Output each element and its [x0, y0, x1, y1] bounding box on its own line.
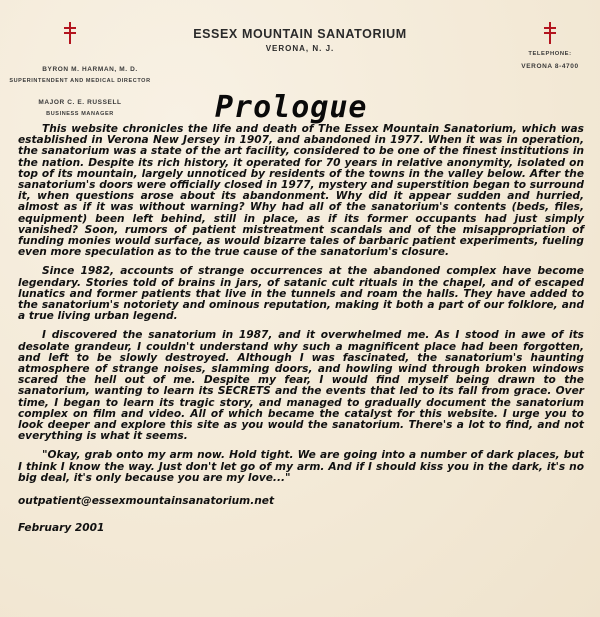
telephone-label: TELEPHONE: [510, 51, 590, 57]
staff-title: BUSINESS MANAGER [25, 111, 135, 117]
telephone-number: VERONA 8-4700 [505, 63, 595, 70]
staff-title: SUPERINTENDENT AND MEDICAL DIRECTOR [0, 78, 160, 84]
prologue-body: This website chronicles the life and dea… [18, 124, 584, 551]
date: February 2001 [18, 523, 584, 534]
page-title: Prologue [215, 90, 368, 125]
paragraph: I discovered the sanatorium in 1987, and… [18, 330, 584, 442]
staff-name: MAJOR C. E. RUSSELL [25, 99, 135, 106]
paragraph: This website chronicles the life and dea… [18, 124, 584, 258]
paragraph: Since 1982, accounts of strange occurren… [18, 266, 584, 322]
email-link[interactable]: outpatient@essexmountainsanatorium.net [18, 495, 274, 507]
quote: "Okay, grab onto my arm now. Hold tight.… [18, 450, 584, 484]
institution-name: ESSEX MOUNTAIN SANATORIUM [0, 27, 600, 41]
staff-name: BYRON M. HARMAN, M. D. [25, 66, 155, 73]
